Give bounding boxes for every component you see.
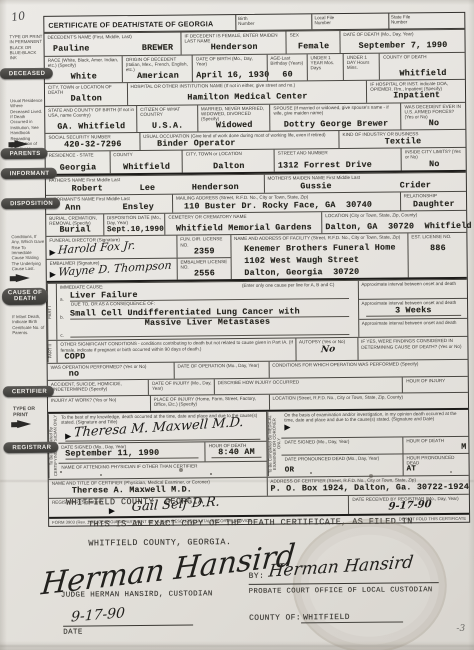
value: 60 <box>270 70 304 80</box>
field-father-name: FATHER'S NAME First Middle LastRobert Le… <box>46 175 264 195</box>
value: Whitfield <box>113 162 180 172</box>
field-burial-type: BURIAL, CREMATION, REMOVAL (Specify)Buri… <box>46 214 103 236</box>
row-cause-part2: PART II OTHER SIGNIFICANT CONDITIONS - c… <box>47 336 467 363</box>
label: HOSPITAL OR OTHER INSTITUTION NAME (If n… <box>130 82 364 89</box>
funeral-director-embalmer-block: FUNERAL DIRECTOR (Signature)▶Harold Fox … <box>46 235 230 281</box>
medical-examiner-block: To Be Completed By MEDICAL EXAMINER OR C… <box>266 410 469 476</box>
label: DATE OF BIRTH (Mo., Day, Year) <box>196 55 264 66</box>
field-disposition-location: LOCATION (City or Town, State, Zip, Coun… <box>321 211 466 234</box>
value: GA. Whitfield <box>48 122 134 132</box>
embalmer-row: EMBALMER (Signature)▶Wayne D. Thompson E… <box>47 257 231 281</box>
facility-line1: Kenemer Brothers Funeral Home <box>234 243 405 254</box>
value <box>406 391 466 392</box>
value: No <box>405 159 464 169</box>
cause-lines: IMMEDIATE CAUSE: (Enter only one cause p… <box>56 281 358 340</box>
section-tab-deceased: DECEASED <box>0 68 52 80</box>
label: DATE OF INJURY (Mo., Day, Year) <box>152 381 212 392</box>
field-spouse: SPOUSE (If married or widowed, give spou… <box>269 103 400 131</box>
label: DISPOSITION DATE (Mo., Day, Year) <box>107 215 163 226</box>
field-hour-of-death: HOUR OF DEATH8:40 AM <box>205 441 267 460</box>
row-certifier-name: NAME AND TITLE OF CERTIFIER (Physician, … <box>49 475 469 498</box>
value: 420-32-7296 <box>48 140 137 150</box>
value: Pauline BREWER <box>48 44 179 54</box>
label: IF YES, WERE FINDINGS CONSIDERED IN DETE… <box>361 338 465 349</box>
field-facility-name-address: NAME AND ADDRESS OF FACILITY (Street, R.… <box>230 234 408 280</box>
interval-b: Approximate interval between onset and d… <box>358 298 467 319</box>
county-of-line: COUNTY OF:WHITFIELD <box>249 612 403 623</box>
value <box>361 358 465 359</box>
signature-arrow-icon: ▶ <box>284 423 290 431</box>
county-of-value: WHITFIELD <box>301 612 403 623</box>
field-residence-city: CITY, TOWN or LOCATIONDalton <box>182 150 274 172</box>
field-city-of-death: CITY, TOWN or LOCATION OF DEATHDalton <box>45 83 127 105</box>
label: MOTHER'S MAIDEN NAME First Middle Last <box>267 174 463 181</box>
value <box>178 377 267 378</box>
value: White <box>48 72 120 82</box>
date-rule <box>63 624 193 626</box>
field-marital-status: MARRIED, NEVER MARRIED, WIDOWED, DIVORCE… <box>197 104 270 131</box>
value-prefix: AT <box>407 465 467 474</box>
label: CITIZEN OF WHAT COUNTRY <box>140 106 195 117</box>
field-occupation: USUAL OCCUPATION (Give kind of work done… <box>139 131 339 150</box>
field-inpatient-status: IF HOSPITAL OR INST. indicate DOA, OP/EM… <box>366 80 465 102</box>
value <box>285 453 401 454</box>
row-name: DECEDENT'S NAME (First, Middle, Last)Pau… <box>44 29 464 56</box>
field-under-1-year: UNDER 1 YEAR Mos. Days <box>306 54 343 81</box>
value: American <box>126 71 191 81</box>
label: COUNTY <box>113 152 180 158</box>
label: INJURY AT WORK? (Yes or No) <box>51 397 148 403</box>
label: LOCATION (City or Town, State, Zip, Coun… <box>325 212 464 218</box>
field-hospital: HOSPITAL OR OTHER INSTITUTION NAME (If n… <box>126 81 366 105</box>
label: WAS DECEDENT EVER IN U.S. ARMED FORCES? … <box>404 104 463 120</box>
form-title: CERTIFICATE OF DEATH/STATE OF GEORGIA <box>44 15 235 32</box>
value: Whitfield Memorial Gardens <box>168 223 319 234</box>
row-parents: FATHER'S NAME First Middle LastRobert Le… <box>46 172 466 195</box>
local-file-label: Local File Number <box>314 15 386 26</box>
section-tab-parents: PARENTS <box>1 148 48 159</box>
handwritten-date: 9-17-90 <box>71 605 126 625</box>
field-sex: SEXFemale <box>286 31 340 53</box>
field-injury-hour: HOUR OF INJURY <box>402 377 468 393</box>
value: Henderson <box>185 43 284 53</box>
label: AGE-Last Birthday (Years) <box>270 55 304 66</box>
autopsy-handwritten-value: No <box>320 344 335 355</box>
pen-corner-mark: -3 <box>456 624 465 634</box>
label: RESIDENCE - STATE <box>49 153 108 159</box>
funeral-director-row: FUNERAL DIRECTOR (Signature)▶Harold Fox … <box>46 235 230 258</box>
section-tab-cause-of-death: CAUSE OFDEATH <box>2 288 48 305</box>
label: DATE OF DEATH (Mo., Day, Year) <box>343 31 462 37</box>
value: No <box>405 119 464 129</box>
value: September 7, 1990 <box>343 41 462 51</box>
label: NAME OF ATTENDING PHYSICIAN IF OTHER THA… <box>61 462 264 469</box>
field-establishment-license: EST. LICENSE NO.886 <box>407 233 466 278</box>
value: U.S.A. <box>140 122 195 132</box>
label: STATE AND COUNTY OF BIRTH (If not in USA… <box>48 107 134 118</box>
tab-line1: CAUSE OF <box>8 289 42 295</box>
signature-arrow-icon: ▶ <box>49 248 55 256</box>
value: April 16, 1930 <box>196 71 264 81</box>
field-manner-of-death: ACCIDENT, SUICIDE, HOMICIDE, UNDETERMINE… <box>48 380 148 396</box>
value: Binder Operator <box>143 138 337 149</box>
certifying-physician-block: To Be Completed By CERTIFYING PHYSICIAN … <box>48 412 266 479</box>
facility-line2: 1102 West Waugh Street <box>234 255 405 266</box>
field-date-of-birth: DATE OF BIRTH (Mo., Day, Year)April 16, … <box>192 54 266 81</box>
cause-line-c: c. <box>57 328 358 338</box>
infant-note: If Infant Death, Indicate Birth Certific… <box>12 314 45 336</box>
value: Whitfield <box>383 69 463 79</box>
label: RELATIONSHIP <box>404 193 464 199</box>
field-embalmer-license: EMBALMER LICENSE NO.2556 <box>176 258 230 280</box>
field-state-county-of-birth: STATE AND COUNTY OF BIRTH (If not in USA… <box>45 106 136 134</box>
field-registrar-date-received: DATE RECEIVED BY REGISTRAR (Mo., Day, Ye… <box>348 495 469 514</box>
county-of-label: COUNTY OF: <box>249 613 301 622</box>
row-birth: RACE (White, Black, Amer. Indian, etc.) … <box>45 51 465 83</box>
section-tab-certifier: CERTIFIER <box>3 386 54 397</box>
label: CEMETERY OR CREMATORY NAME <box>168 213 319 220</box>
cause-note: Conditions, If Any, Which Gave Rise To I… <box>11 234 44 272</box>
label: ACCIDENT, SUICIDE, HOMICIDE, UNDETERMINE… <box>51 381 146 392</box>
registrar-date-handwritten: 9-17-90 <box>388 499 432 513</box>
row-citizenship: STATE AND COUNTY OF BIRTH (If not in USA… <box>45 102 465 134</box>
label: DATE PRONOUNCED DEAD (Mo., Day, Year) <box>285 456 401 462</box>
interval-column: Approximate interval between onset and d… <box>357 280 467 337</box>
value: Sept.10,1990 <box>107 226 163 235</box>
field-findings-considered: IF YES, WERE FINDINGS CONSIDERED IN DETE… <box>357 337 467 360</box>
value: Daughter <box>404 199 465 209</box>
label: PLACE OF INJURY (Home, Farm, Street, Fac… <box>154 396 267 407</box>
value-suffix: OR <box>285 466 401 475</box>
field-under-1-day: UNDER 1 DAY Hours Mins. <box>343 53 380 80</box>
label: UNDER 1 YEAR Mos. Days <box>310 55 340 71</box>
one-cause-note: (Enter only one cause per line for A, B … <box>242 282 334 288</box>
field-autopsy: AUTOPSY (Yes or No)No <box>295 338 357 360</box>
field-funeral-director-signature: FUNERAL DIRECTOR (Signature)▶Harold Fox … <box>46 236 176 259</box>
label: DATE OF OPERATION (Mo., Day, Year) <box>178 363 267 369</box>
value: 2556 <box>181 269 229 279</box>
value: no <box>51 369 172 379</box>
label: SPOUSE (If married or widowed, give spou… <box>273 104 398 115</box>
label: DECEDENT'S NAME (First, Middle, Last) <box>47 34 178 40</box>
value: 2359 <box>180 247 228 257</box>
field-other-conditions: OTHER SIGNIFICANT CONDITIONS - condition… <box>56 339 295 363</box>
value: Gussie Crider <box>268 180 464 191</box>
cause-arrow-icon <box>16 274 30 282</box>
value <box>154 409 267 410</box>
value: Robert Lee Henderson <box>49 182 262 193</box>
label: COUNTY OF DEATH <box>383 53 463 59</box>
row-disposition: BURIAL, CREMATION, REMOVAL (Specify)Buri… <box>46 210 466 237</box>
field-examiner-signature: On the basis of examination and/or inves… <box>281 410 468 437</box>
label: HOUR PRONOUNCED DEAD <box>406 455 466 466</box>
field-attending-physician: NAME OF ATTENDING PHYSICIAN IF OTHER THA… <box>58 460 266 478</box>
facility-line3: Dalton, Georgia 30720 <box>234 268 405 279</box>
field-industry: KIND OF INDUSTRY OR BUSINESSTextile <box>338 130 465 148</box>
state-file-label: State File Number <box>391 14 463 25</box>
label: ORIGIN OF DECEDENT (Italian, Mex., Frenc… <box>126 56 191 72</box>
field-hour-pronounced-dead: HOUR PRONOUNCED DEADAT <box>402 454 468 475</box>
value: 110 Buster Dr. Rocky Face, GA 30740 <box>176 200 398 211</box>
interval-label: Approximate interval between onset and d… <box>361 281 465 287</box>
field-certifier-name-title: NAME AND TITLE OF CERTIFIER (Physician, … <box>49 477 267 497</box>
field-ssn: SOCIAL SECURITY NUMBER420-32-7296 <box>45 133 139 151</box>
value: Textile <box>343 137 464 147</box>
interval-c: Approximate interval between onset and d… <box>359 318 468 337</box>
label: CITY, TOWN or LOCATION <box>186 151 272 157</box>
value: Widowed <box>201 121 268 131</box>
field-injury-place: PLACE OF INJURY (Home, Farm, Street, Fac… <box>150 395 269 411</box>
value-suffix: M <box>406 443 466 453</box>
field-residence-street: STREET AND NUMBER1312 Forrest Drive <box>274 149 401 172</box>
value: September 11, 1990 <box>65 448 199 460</box>
line-c-value <box>70 328 349 338</box>
part2-label: PART II <box>47 341 56 363</box>
interval-b-value: 3 Weeks <box>366 306 462 317</box>
value: COPD <box>60 350 293 361</box>
field-disposition-date: DISPOSITION DATE (Mo., Day, Year)Sept.10… <box>103 214 165 236</box>
field-injury-how: DESCRIBE HOW INJURY OCCURRED <box>214 378 403 395</box>
value: 886 <box>411 243 464 253</box>
field-relationship: RELATIONSHIPDaughter <box>400 192 467 211</box>
section-tab-informant: INFORMANT <box>1 168 57 180</box>
value: 1312 Forrest Drive <box>278 160 399 170</box>
value: Dottry George Brewer <box>273 120 398 130</box>
by-label: BY: <box>249 572 265 581</box>
local-file-field: Local File Number <box>311 14 388 30</box>
label: EST. LICENSE NO. <box>411 234 464 240</box>
value: Ann Ensley <box>49 202 170 212</box>
field-funeral-director-license: FUN. DIR. LICENSE NO.2359 <box>176 235 230 257</box>
field-injury-date: DATE OF INJURY (Mo., Day, Year) <box>148 380 214 396</box>
type-or-print-arrow-icon <box>17 420 31 428</box>
value <box>51 410 148 411</box>
field-inside-city-limits: INSIDE CITY LIMITS? (Yes or No)No <box>401 148 466 170</box>
value: 8:40 AM <box>212 448 262 459</box>
label: HOUR OF INJURY <box>406 378 466 384</box>
custodian-signature-label: JUDGE HERMAN HANSIRD, CUSTODIAN <box>61 590 213 599</box>
field-date-pronounced-dead: DATE PRONOUNCED DEAD (Mo., Day, Year)OR <box>282 455 403 477</box>
field-maiden-name: IF DECEDENT IS FEMALE, ENTER MAIDEN LAST… <box>180 32 285 55</box>
signature-arrow-icon: ▶ <box>50 271 56 279</box>
field-date-of-death: DATE OF DEATH (Mo., Day, Year)September … <box>339 30 464 53</box>
residence-arrow-icon <box>14 140 28 148</box>
value: Inpatient <box>370 91 463 101</box>
tab-line2: DEATH <box>14 296 36 302</box>
field-operation-date: DATE OF OPERATION (Mo., Day, Year) <box>174 362 269 379</box>
label: STREET AND NUMBER <box>278 150 399 156</box>
value: P. O. Box 1924, Dalton, Ga. 30722-1924 <box>270 483 466 494</box>
row-certifier: To Be Completed By CERTIFYING PHYSICIAN … <box>48 408 469 478</box>
field-county-of-death: COUNTY OF DEATHWhitfield <box>379 52 465 79</box>
scanned-document: 10 TYPE OR PRINT IN PERMANENT BLACK OR B… <box>0 0 474 650</box>
row-informant: INFORMANT'S NAME First Middle LastAnn En… <box>46 191 466 214</box>
birth-number-field: Birth Number <box>235 14 312 30</box>
value: Therese A. Maxwell M.D. <box>52 485 265 496</box>
label: UNDER 1 DAY Hours Mins. <box>347 54 377 70</box>
label: DESCRIBE HOW INJURY OCCURRED <box>218 379 401 386</box>
row-funeral-home: FUNERAL DIRECTOR (Signature)▶Harold Fox … <box>46 232 466 283</box>
field-mother-maiden-name: MOTHER'S MAIDEN NAME First Middle LastGu… <box>263 173 465 193</box>
signature-arrow-icon: ▶ <box>65 432 71 440</box>
field-certifier-signature: To the best of my knowledge, death occur… <box>58 412 266 442</box>
value: Hamilton Medical Center <box>131 92 365 103</box>
label: NAME AND ADDRESS OF FACILITY (Street, R.… <box>234 235 405 242</box>
row-cause-part1: PART I IMMEDIATE CAUSE: (Enter only one … <box>47 279 468 340</box>
field-certifier-address: ADDRESS OF CERTIFIER (Street, R.F.D. No.… <box>266 476 468 496</box>
value <box>152 394 212 395</box>
field-age: AGE-Last Birthday (Years)60 <box>266 54 306 81</box>
signature-arrow-icon: ▶ <box>109 507 115 515</box>
field-residence-county: COUNTYWhitfield <box>109 151 182 173</box>
value: Dalton <box>186 161 272 171</box>
interval-a: Approximate interval between onset and d… <box>358 280 467 298</box>
line-c-label: c. <box>60 333 64 338</box>
date-label: DATE <box>63 629 83 637</box>
value: Georgia <box>49 163 108 173</box>
type-print-note: TYPE OR PRINT IN PERMANENT BLACK OR BLUE… <box>9 34 42 61</box>
field-injury-location: LOCATION (Street, R.F.D. No., City or To… <box>268 393 468 410</box>
field-citizen-of: CITIZEN OF WHAT COUNTRYU.S.A. <box>136 105 197 132</box>
label: RACE (White, Black, Amer. Indian, etc.) … <box>48 57 120 68</box>
label: DATE SIGNED (Mo., Day, Year) <box>284 438 400 444</box>
death-certificate-form: CERTIFICATE OF DEATH/STATE OF GEORGIA Bi… <box>43 12 470 527</box>
handwritten-page-number: 10 <box>10 9 26 24</box>
value: Burial <box>49 225 101 235</box>
field-operation-performed: WAS OPERATION PERFORMED? (Yes or No)no <box>48 363 174 381</box>
section-tab-disposition: DISPOSITION <box>1 198 60 210</box>
field-injury-at-work: INJURY AT WORK? (Yes or No) <box>48 396 150 412</box>
field-informant-address: MAILING ADDRESS (Street, R.F.D. No., Cit… <box>172 192 400 212</box>
label: SEX <box>290 32 338 38</box>
field-cemetery-name: CEMETERY OR CREMATORY NAMEWhitfield Memo… <box>164 212 321 235</box>
field-origin: ORIGIN OF DECEDENT (Italian, Mex., Frenc… <box>122 55 193 82</box>
field-examiner-date-signed: DATE SIGNED (Mo., Day, Year) <box>281 437 402 455</box>
field-decedent-name: DECEDENT'S NAME (First, Middle, Last)Pau… <box>44 33 180 56</box>
value <box>51 394 146 395</box>
value: Dalton, GA 30720 Whitfield <box>325 222 464 233</box>
type-or-print-note: TYPE OR PRINT <box>13 406 46 419</box>
field-armed-forces: WAS DECEDENT EVER IN U.S. ARMED FORCES? … <box>400 103 465 130</box>
label: LOCATION (Street, R.F.D. No., City or To… <box>272 394 465 401</box>
value: Dalton <box>48 95 125 105</box>
line-b-value2: Massive Liver Metastases <box>57 317 358 329</box>
field-examiner-hour: HOUR OF DEATHM <box>402 436 468 453</box>
interval-label: Approximate interval between onset and d… <box>362 320 466 326</box>
medical-examiner-side-label: To Be Completed By MEDICAL EXAMINER OR C… <box>267 412 282 477</box>
section-tab-registrar: REGISTRAR <box>3 442 58 454</box>
state-file-field: State File Number <box>388 13 465 29</box>
field-date-signed: DATE SIGNED (Mo., Day, Year)September 11… <box>58 442 205 462</box>
row-place-of-death: CITY, TOWN or LOCATION OF DEATHDalton HO… <box>45 79 465 106</box>
birth-number-label: Birth Number <box>238 15 310 26</box>
field-embalmer-signature: EMBALMER (Signature)▶Wayne D. Thompson <box>47 258 177 281</box>
value: Female <box>290 42 338 52</box>
field-informant-name: INFORMANT'S NAME First Middle LastAnn En… <box>46 195 172 214</box>
statement-line1: WHITFIELD COUNTY, GEORGIA <box>66 496 204 507</box>
field-race: RACE (White, Black, Amer. Indian, etc.) … <box>45 56 122 83</box>
label: CONDITIONS FOR WHICH OPERATION WAS PERFO… <box>272 361 465 368</box>
field-operation-conditions: CONDITIONS FOR WHICH OPERATION WAS PERFO… <box>268 360 468 378</box>
